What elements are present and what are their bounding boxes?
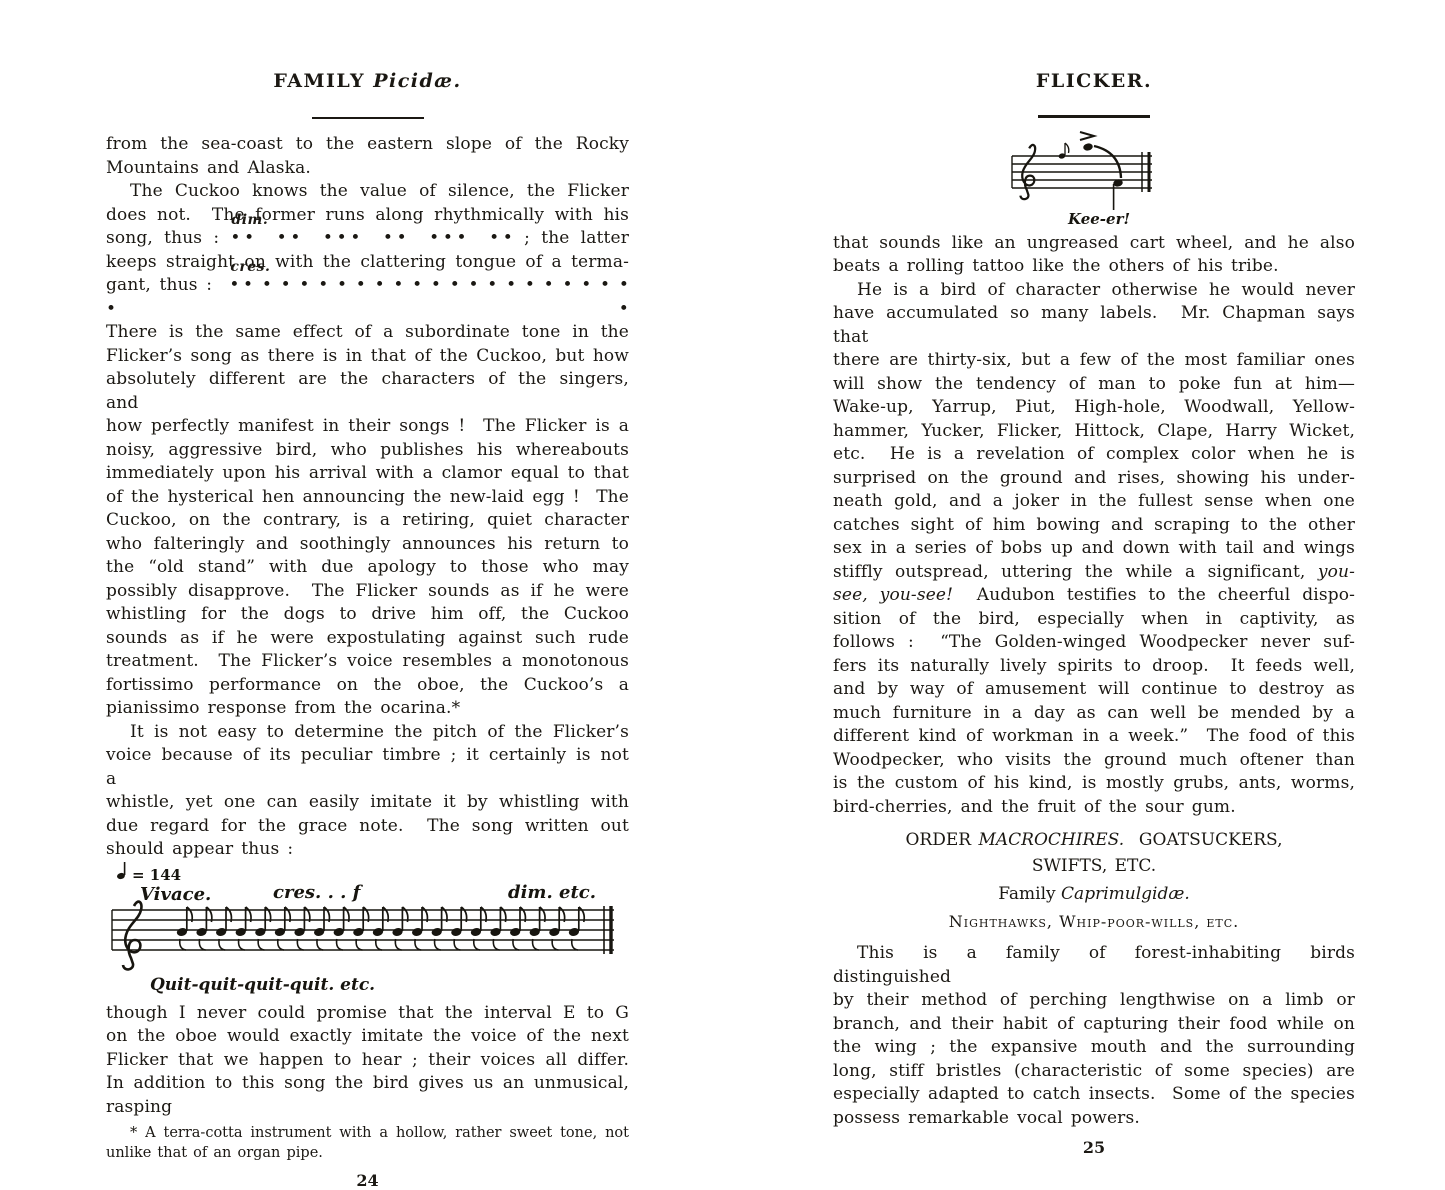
text-line: will show the tendency of man to poke fu… (833, 373, 1355, 397)
text-line: does not. The former runs along rhythmic… (106, 204, 629, 228)
grace-note-icon (1058, 143, 1069, 159)
text-line: keeps straight on with the clattering to… (106, 251, 629, 275)
text-line: sounds as if he were expostulating again… (106, 627, 629, 651)
text-line: rasping (106, 1096, 629, 1120)
music-staff-keeer-call: Kee-er! (1004, 126, 1184, 228)
text-line: Woodpecker, who visits the ground much o… (833, 749, 1355, 773)
text-line: There is the same effect of a subordinat… (106, 321, 629, 345)
music-staff-flicker-song: = 144 Vivace. cres. . . f dim. etc. (110, 862, 626, 996)
text-line: etc. He is a revelation of complex color… (833, 443, 1355, 467)
text-line: Family Caprimulgidæ. (833, 883, 1355, 907)
main-notes (1083, 142, 1124, 209)
call-label: Kee-er! (1067, 210, 1130, 228)
text-line: follows : “The Golden-winged Woodpecker … (833, 631, 1355, 655)
text-line: the wing ; the expansive mouth and the s… (833, 1036, 1355, 1060)
paragraph: from the sea-coast to the eastern slope … (106, 133, 629, 180)
text-line: SWIFTS, ETC. (833, 853, 1355, 879)
common-names-heading: Nighthawks, Whip-poor-wills, etc. (833, 910, 1355, 934)
text-line: gant, thus : cres.• • • • • • • • • • • … (106, 274, 629, 321)
text-line: possess remarkable vocal powers. (833, 1107, 1355, 1131)
song-lyric: Quit-quit-quit-quit. etc. (150, 975, 375, 995)
text-line: of the hysterical hen announcing the new… (106, 486, 629, 510)
order-heading: ORDER MACROCHIRES. GOATSUCKERS,SWIFTS, E… (833, 827, 1355, 879)
text-line: beats a rolling tattoo like the others o… (833, 255, 1355, 279)
text-line: by their method of perching lengthwise o… (833, 989, 1355, 1013)
text-line: bird-cherries, and the fruit of the sour… (833, 796, 1355, 820)
text-line: how perfectly manifest in their songs ! … (106, 415, 629, 439)
page-left-running-head: FAMILY Picidæ. (106, 70, 629, 94)
text-line: noisy, aggressive bird, who publishes hi… (106, 439, 629, 463)
family-heading: Family Caprimulgidæ. (833, 883, 1355, 907)
text-line: This is a family of forest-inhabiting bi… (833, 942, 1355, 989)
header-rule (312, 117, 424, 120)
text-line: He is a bird of character otherwise he w… (833, 279, 1355, 303)
text-line: that sounds like an ungreased cart wheel… (833, 232, 1355, 256)
text-line: Mountains and Alaska. (106, 157, 629, 181)
text-line: hammer, Yucker, Flicker, Hittock, Clape,… (833, 420, 1355, 444)
text-line: pianissimo response from the ocarina.* (106, 697, 629, 721)
text-line: stiffly outspread, uttering the while a … (833, 561, 1355, 585)
page-left-body: from the sea-coast to the eastern slope … (106, 133, 629, 862)
cres-label: cres. . . f (273, 882, 364, 903)
text-line: Wake-up, Yarrup, Piut, High-hole, Woodwa… (833, 396, 1355, 420)
text-line: Cuckoo, on the contrary, is a retiring, … (106, 509, 629, 533)
text-line: ORDER MACROCHIRES. GOATSUCKERS, (833, 827, 1355, 853)
book-spread: FAMILY Picidæ. from the sea-coast to the… (0, 0, 1445, 1190)
paragraph: He is a bird of character otherwise he w… (833, 279, 1355, 820)
text-line: though I never could promise that the in… (106, 1002, 629, 1026)
text-line: whistling for the dogs to drive him off,… (106, 603, 629, 627)
text-line: different kind of workman in a week.” Th… (833, 725, 1355, 749)
paragraph: This is a family of forest-inhabiting bi… (833, 942, 1355, 1130)
text-line: have accumulated so many labels. Mr. Cha… (833, 302, 1355, 349)
text-line: whistle, yet one can easily imitate it b… (106, 791, 629, 815)
dim-label: dim. etc. (508, 882, 596, 903)
text-line: should appear thus : (106, 838, 629, 862)
treble-clef-icon (123, 901, 141, 969)
text-line: Flicker’s song as there is in that of th… (106, 345, 629, 369)
dynamics-mark: dim.• • (230, 227, 254, 251)
text-line: voice because of its peculiar timbre ; i… (106, 744, 629, 791)
text-line: sex in a series of bobs up and down with… (833, 537, 1355, 561)
text-line: FAMILY Picidæ. (106, 70, 629, 94)
text-line: sition of the bird, especially when in c… (833, 608, 1355, 632)
text-line: especially adapted to catch insects. Som… (833, 1083, 1355, 1107)
page-number-right: 25 (833, 1138, 1355, 1157)
paragraph: though I never could promise that the in… (106, 1002, 629, 1120)
tempo-word: Vivace. (140, 884, 211, 905)
text-line: absolutely different are the characters … (106, 368, 629, 415)
accent-icon (1080, 132, 1094, 140)
dynamics-mark: cres.• • (229, 274, 253, 298)
header-rule (1038, 115, 1150, 118)
text-line: It is not easy to determine the pitch of… (106, 721, 629, 745)
paragraph: It is not easy to determine the pitch of… (106, 721, 629, 862)
page-right-running-head: FLICKER. (833, 70, 1355, 92)
footnote: * A terra-cotta instrument with a hollow… (106, 1123, 629, 1163)
text-line: from the sea-coast to the eastern slope … (106, 133, 629, 157)
text-line: fers its naturally lively spirits to dro… (833, 655, 1355, 679)
text-line: surprised on the ground and rises, showi… (833, 467, 1355, 491)
text-line: on the oboe would exactly imitate the vo… (106, 1025, 629, 1049)
text-line: much furniture in a day as can well be m… (833, 702, 1355, 726)
text-line: neath gold, and a joker in the fullest s… (833, 490, 1355, 514)
text-line: song, thus : dim.• • • • • • • • • • • •… (106, 227, 629, 251)
text-line: * A terra-cotta instrument with a hollow… (106, 1123, 629, 1143)
text-line: catches sight of him bowing and scraping… (833, 514, 1355, 538)
text-line: treatment. The Flicker’s voice resembles… (106, 650, 629, 674)
paragraph: that sounds like an ungreased cart wheel… (833, 232, 1355, 279)
page-right-body: that sounds like an ungreased cart wheel… (833, 232, 1355, 820)
text-line: is the custom of his kind, is mostly gru… (833, 772, 1355, 796)
text-line: and by way of amusement will continue to… (833, 678, 1355, 702)
text-line: see, you-see! Audubon testifies to the c… (833, 584, 1355, 608)
text-line: there are thirty-six, but a few of the m… (833, 349, 1355, 373)
text-line: unlike that of an organ pipe. (106, 1143, 629, 1163)
text-line: the “old stand” with due apology to thos… (106, 556, 629, 580)
tempo-value: = 144 (132, 866, 181, 884)
text-line: due regard for the grace note. The song … (106, 815, 629, 839)
page-number-left: 24 (106, 1171, 629, 1190)
text-line: In addition to this song the bird gives … (106, 1072, 629, 1096)
text-line: fortissimo performance on the oboe, the … (106, 674, 629, 698)
page-left: FAMILY Picidæ. from the sea-coast to the… (106, 0, 629, 1190)
text-line: Flicker that we happen to hear ; their v… (106, 1049, 629, 1073)
text-line: immediately upon his arrival with a clam… (106, 462, 629, 486)
text-line: Nighthawks, Whip-poor-wills, etc. (833, 910, 1355, 934)
page-right: FLICKER. (833, 0, 1355, 1190)
text-line: who falteringly and soothingly announces… (106, 533, 629, 557)
paragraph: The Cuckoo knows the value of silence, t… (106, 180, 629, 721)
text-line: possibly disapprove. The Flicker sounds … (106, 580, 629, 604)
text-line: branch, and their habit of capturing the… (833, 1013, 1355, 1037)
tempo-note-icon (116, 862, 125, 880)
text-line: long, stiff bristles (characteristic of … (833, 1060, 1355, 1084)
note-glyphs (175, 907, 583, 950)
text-line: The Cuckoo knows the value of silence, t… (106, 180, 629, 204)
